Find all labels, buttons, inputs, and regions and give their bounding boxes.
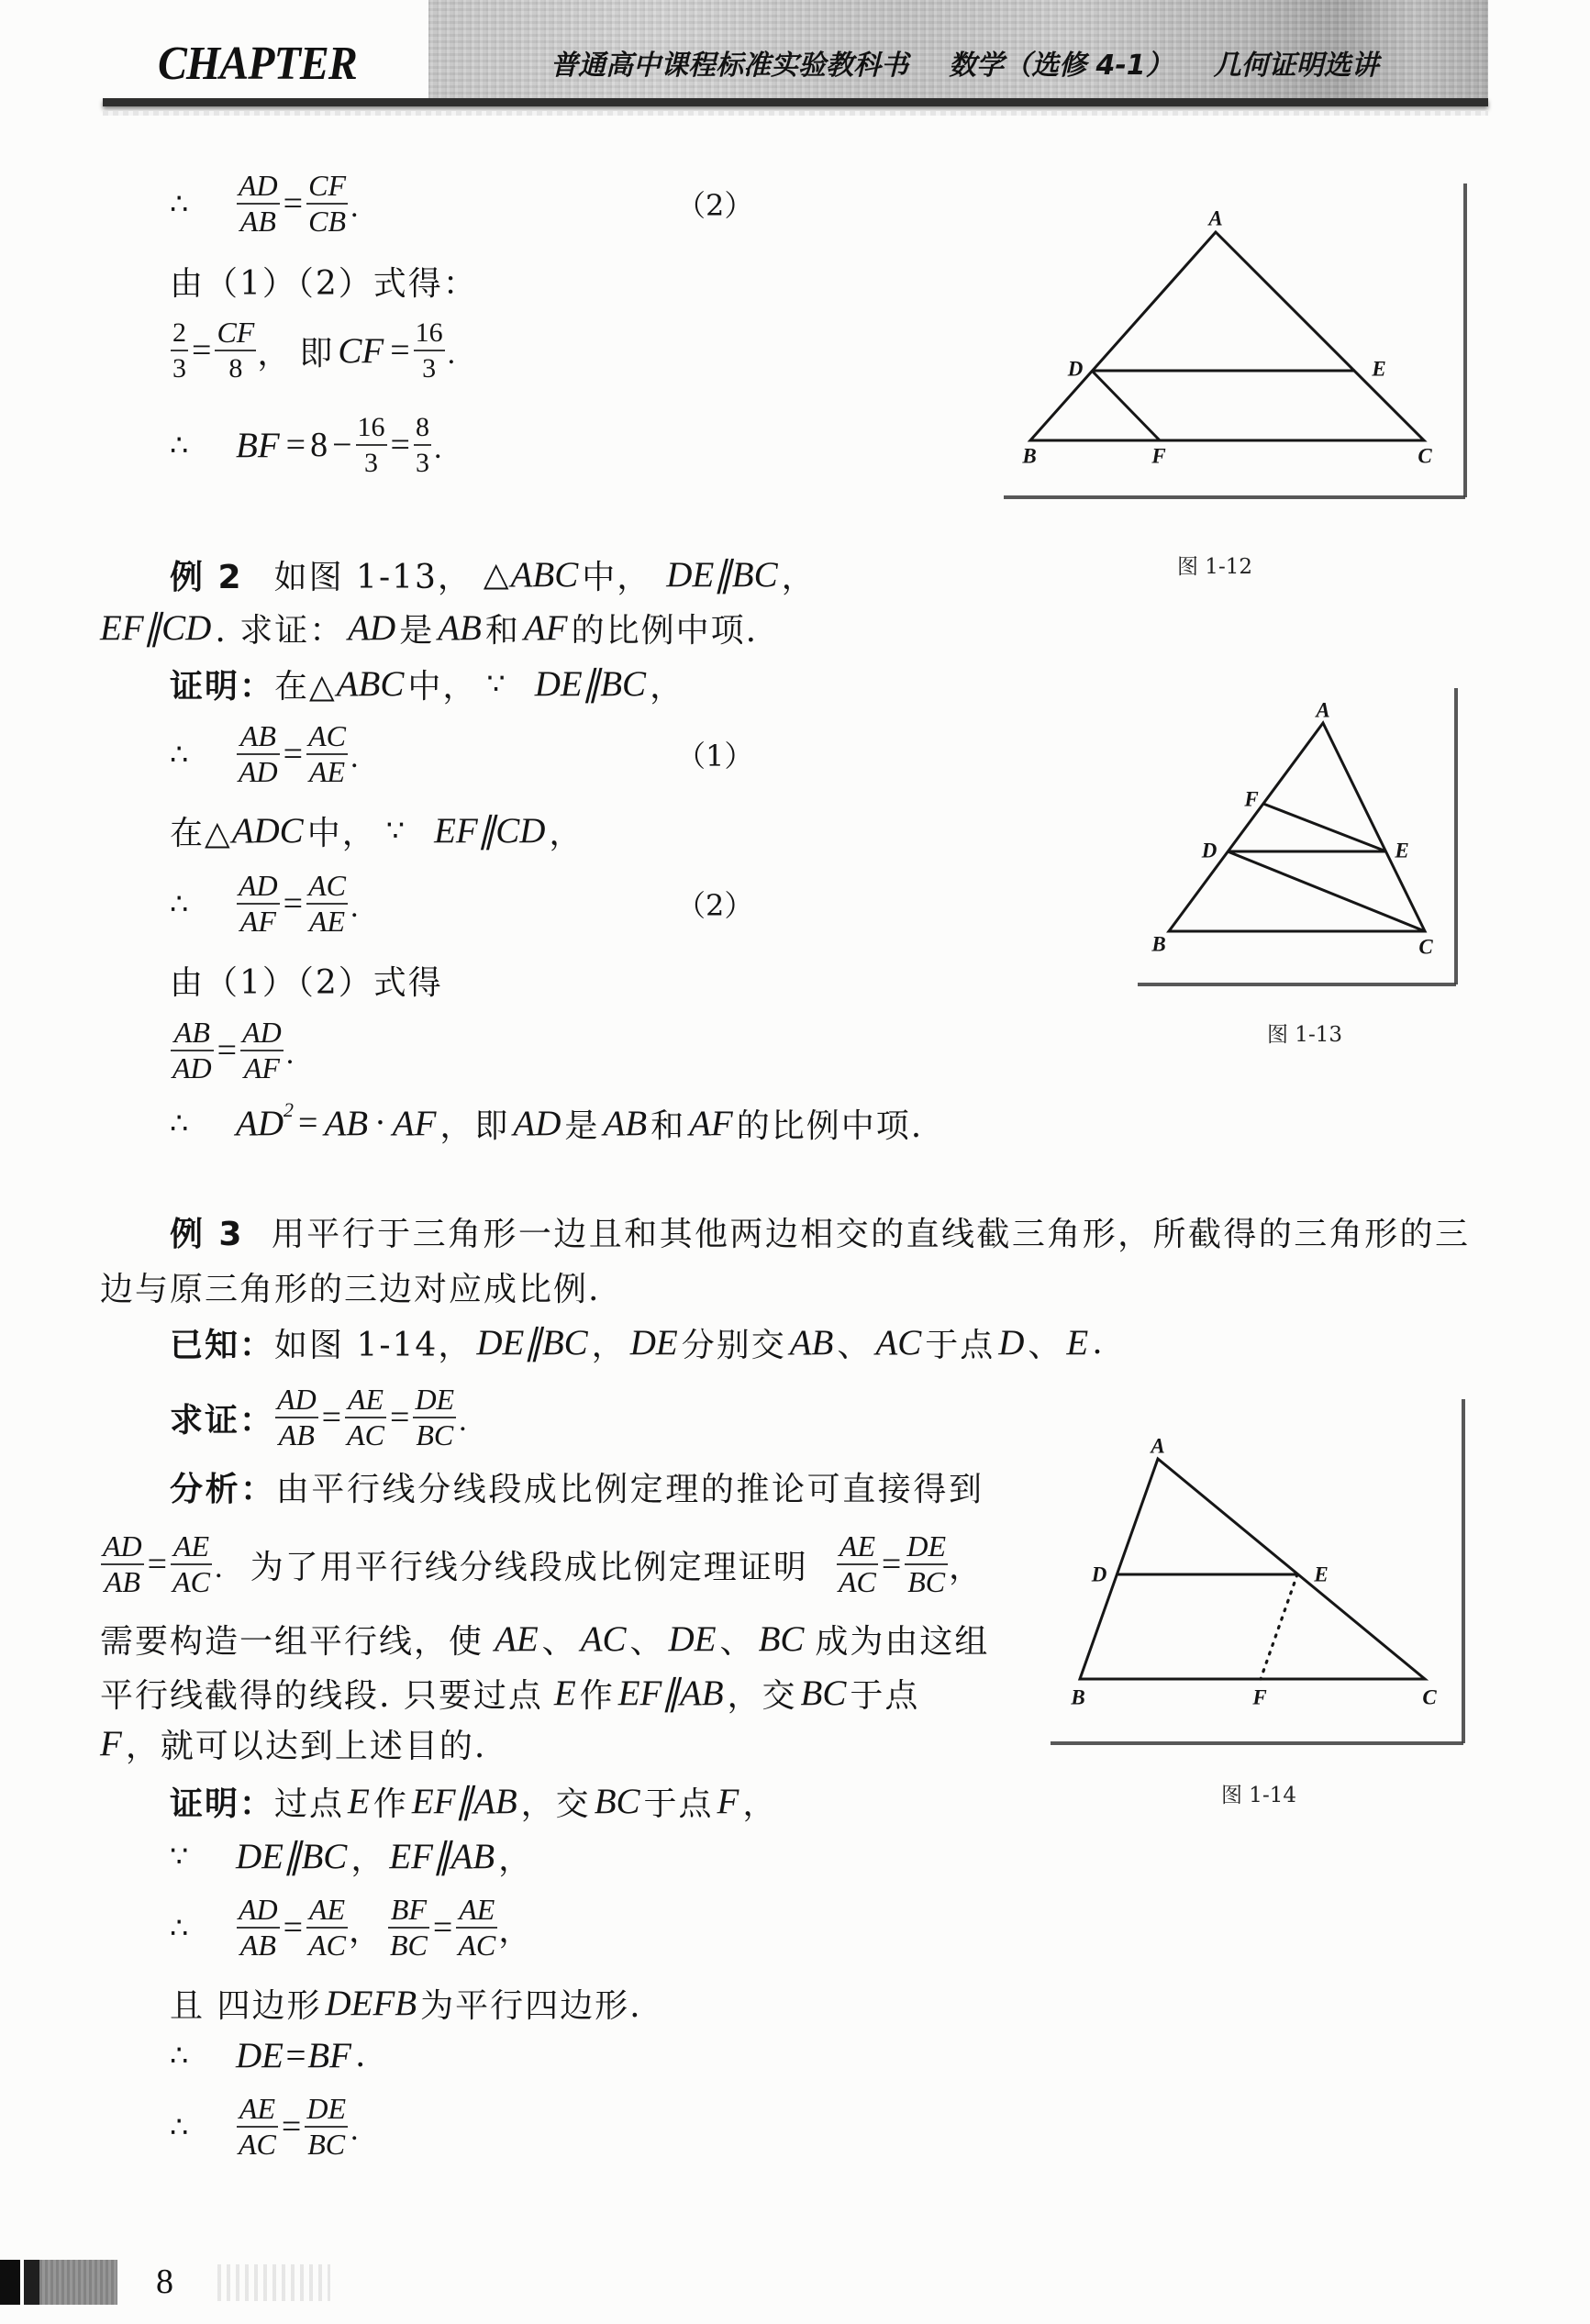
therefore-symbol: ∴ (170, 186, 195, 221)
triangle-abc (1030, 232, 1424, 440)
period: . (355, 2037, 367, 2074)
vertex-label-a: A (1206, 207, 1222, 230)
footer-faint-mark (217, 2264, 330, 2301)
equation-number: （2） (676, 183, 753, 225)
math-var: BF (236, 425, 280, 466)
vertex-label-b: B (1070, 1686, 1084, 1709)
math-var: CF (338, 330, 384, 372)
equals-sign: = (192, 330, 211, 371)
equals-sign: = (284, 1907, 303, 1948)
numerator: 16 (414, 316, 445, 350)
denominator: 3 (414, 446, 431, 480)
fraction: 83 (414, 410, 431, 480)
text: △ (484, 556, 511, 594)
text: ， (782, 551, 817, 598)
numerator: CF (306, 169, 348, 203)
text: ， (650, 661, 684, 707)
text: 的比例中项. (572, 605, 758, 651)
fraction: 23 (171, 316, 188, 385)
analysis-line-2: ADAB = AEAC . 为了用平行线分线段成比例定理证明 AEAC = DE… (100, 1528, 984, 1601)
math-var: DE∥BC (535, 663, 646, 705)
footer-tab-gray (39, 2260, 117, 2305)
text: 、 (720, 1616, 755, 1662)
text: ， (498, 1833, 533, 1880)
denominator: AB (239, 1929, 278, 1963)
text: 分别交 (682, 1319, 786, 1366)
numerator: BF (389, 1893, 428, 1927)
text: 为平行四边形. (420, 1980, 641, 2027)
subject-title: 数学（选修 4-1） (949, 50, 1173, 82)
prove-label: 求证： (170, 1395, 274, 1441)
figure-caption: 图 1-12 (1177, 555, 1252, 579)
period: . (448, 337, 456, 372)
math-var: F (717, 1781, 739, 1822)
text: 边与原三角形的三边对应成比例. (100, 1263, 600, 1310)
fraction: AEAC (837, 1529, 878, 1599)
prove-line: 求证： ADAB = AEAC = DEBC . (170, 1381, 467, 1454)
equals-sign: = (390, 330, 409, 371)
numerator: AE (346, 1383, 385, 1417)
exponent: 2 (284, 1098, 294, 1122)
text: . (1092, 1324, 1104, 1362)
math-var: ABC (511, 554, 579, 595)
equals-sign: = (284, 734, 303, 774)
period: . (215, 1551, 223, 1585)
denominator: BC (388, 1929, 429, 1963)
equation-line: ∴ BF = 8 − 163 = 83 . (170, 408, 441, 482)
fraction: DEBC (413, 1383, 456, 1452)
text: 为了用平行线分线段成比例定理证明 (250, 1541, 808, 1588)
math-var: AB (438, 607, 482, 649)
equation-line: ∴ ADAB = CFCB . （2） (170, 167, 358, 240)
period: . (350, 740, 359, 775)
vertex-label-a: A (1314, 699, 1329, 722)
comma: ， (949, 1541, 984, 1588)
period: . (434, 431, 442, 466)
fraction: 163 (414, 316, 445, 385)
proof-line: ∴ DE=BF . (170, 2018, 367, 2092)
equals-sign: = (286, 425, 306, 465)
math-var: DEFB (325, 1983, 417, 2024)
combine-statement: 由（1）（2）式得： (170, 258, 478, 305)
text: 在△ (274, 661, 337, 707)
figure-caption: 图 1-14 (1221, 1784, 1296, 1807)
equals-sign: = (298, 1103, 317, 1143)
math-var: AF (393, 1103, 437, 1144)
fraction: ADAB (237, 1893, 280, 1963)
analysis-line-1: 分析：由平行线分线段成比例定理的推论可直接得到 (170, 1453, 984, 1527)
denominator: AC (837, 1565, 878, 1599)
minus-sign: − (332, 425, 351, 465)
denominator: AC (345, 1418, 386, 1452)
text: . 求证： (215, 605, 344, 651)
auxiliary-segment-ef (1261, 1574, 1297, 1679)
denominator: AF (239, 905, 278, 939)
text: ， (350, 1833, 385, 1880)
vertex-label-f: F (1151, 445, 1165, 468)
denominator: AF (242, 1051, 282, 1085)
denominator: BC (906, 1565, 947, 1599)
numerator: AD (237, 1893, 280, 1927)
conclusion-line: ∴ AD 2 = AB · AF ，即 AD 是 AB 和 AF 的比例中项. (170, 1086, 923, 1160)
vertex-label-c: C (1418, 445, 1432, 468)
numerator: DE (305, 2092, 348, 2126)
text: 由平行线分线段成比例定理的推论可直接得到 (276, 1471, 984, 1508)
numerator: AD (275, 1383, 318, 1417)
segment-df (1092, 371, 1160, 440)
text: 、 (542, 1616, 577, 1662)
therefore-symbol: ∴ (170, 886, 195, 921)
denominator: BC (414, 1418, 455, 1452)
equation-line: ∴ ADAF = ACAE . （2） (170, 867, 358, 940)
period: . (459, 1404, 467, 1439)
text: ， (549, 807, 584, 854)
denominator: AE (307, 755, 347, 789)
segment-fe (1263, 804, 1386, 851)
math-var: AB (603, 1103, 647, 1144)
text: ，交 (521, 1778, 591, 1825)
math-var: EF∥AB (412, 1781, 517, 1822)
textbook-page: CHAPTER 普通高中课程标准实验教科书数学（选修 4-1）几何证明选讲 ∴ … (0, 0, 1590, 2324)
proof-line: 证明： 在△ ABC 中， ∵ DE∥BC ， (170, 647, 684, 720)
fraction: AEAC (345, 1383, 386, 1452)
example-label: 例 3 (170, 1216, 243, 1253)
text: 需要构造一组平行线，使 (100, 1616, 484, 1662)
chapter-label: CHAPTER (158, 35, 357, 94)
math-var: AF (689, 1103, 733, 1144)
equals-sign: = (217, 1030, 237, 1071)
proof-line: ∵ DE∥BC ， EF∥AB ， (170, 1819, 533, 1893)
text: 中， (407, 661, 477, 707)
fraction: ABAD (171, 1016, 214, 1085)
text: 于点 (644, 1778, 714, 1825)
math-var: DE (630, 1322, 678, 1363)
therefore-symbol: ∴ (170, 1106, 195, 1140)
vertex-label-c: C (1418, 936, 1433, 959)
math-var: BC (801, 1673, 847, 1714)
math-var: E (348, 1781, 370, 1822)
numerator: AD (101, 1529, 144, 1563)
text: 如图 1-14， (274, 1319, 473, 1366)
text: 作 (580, 1670, 615, 1717)
numerator: AC (306, 719, 348, 753)
period: . (350, 2113, 359, 2148)
equals-sign: = (882, 1544, 901, 1585)
math-var: EF∥AB (389, 1836, 495, 1877)
vertex-label-d: D (1091, 1563, 1107, 1586)
math-var: DE (669, 1618, 717, 1660)
vertex-label-a: A (1149, 1435, 1164, 1458)
because-symbol: ∵ (170, 1839, 195, 1874)
text: 是 (564, 1100, 599, 1147)
figure-1-14: A D E B F C 图 1-14 (1051, 1399, 1463, 1807)
numerator: 8 (414, 410, 431, 444)
text: 、 (1028, 1319, 1062, 1366)
fraction: CFCB (306, 169, 348, 239)
numerator: AB (172, 1016, 212, 1050)
numerator: AE (307, 1893, 347, 1927)
math-var: BC (595, 1781, 640, 1822)
equals-sign: = (284, 884, 303, 924)
text: 用平行于三角形一边且和其他两边相交的直线截三角形，所截得的三角形的三 (271, 1216, 1470, 1253)
vertex-label-b: B (1021, 445, 1036, 468)
math-var: AB (790, 1322, 834, 1363)
combine-statement: 由（1）（2）式得 (170, 957, 443, 1004)
math-var: EF∥CD (100, 607, 211, 649)
math-var: DE∥BC (666, 554, 777, 595)
denominator: AD (171, 1051, 214, 1085)
text: 在△ (170, 807, 232, 854)
text: 中， (307, 807, 377, 854)
fraction: ADAB (101, 1529, 144, 1599)
therefore-symbol: ∴ (170, 2038, 195, 2073)
text: 作 (373, 1778, 408, 1825)
denominator: 3 (362, 446, 380, 480)
fraction: ACAE (306, 869, 348, 939)
math-var: ABC (337, 663, 405, 705)
therefore-symbol: ∴ (170, 737, 195, 772)
equals-sign: = (322, 1397, 341, 1438)
equation-line: ABAD = ADAF . (170, 1014, 294, 1087)
figure-frame (1004, 183, 1465, 497)
fraction: AEAC (171, 1529, 212, 1599)
numerator: AE (172, 1529, 211, 1563)
denominator: AC (456, 1929, 497, 1963)
fraction: ADAF (237, 869, 280, 939)
math-var: DE∥BC (476, 1322, 587, 1363)
denominator: AC (171, 1565, 212, 1599)
text: 和 (650, 1100, 685, 1147)
because-symbol: ∵ (386, 813, 405, 848)
vertex-label-d: D (1067, 358, 1084, 381)
vertex-label-f: F (1243, 788, 1258, 811)
fraction: 163 (356, 410, 387, 480)
vertex-label-f: F (1251, 1686, 1266, 1709)
numerator: AC (306, 869, 348, 903)
equation-group: ADAB = AEAC . (100, 1529, 222, 1599)
fraction: ADAF (240, 1016, 284, 1085)
analysis-label: 分析： (170, 1471, 276, 1508)
denominator: AE (307, 905, 347, 939)
header-rule-shadow (103, 111, 1488, 116)
footer-tab-dark (24, 2260, 39, 2305)
numerator: AB (239, 719, 278, 753)
fraction: BFBC (388, 1893, 429, 1963)
footer-tab-black (0, 2260, 20, 2305)
math-expression: DE=BF (236, 2035, 351, 2076)
triangle-abc (1169, 723, 1425, 931)
fraction: DEBC (905, 1529, 948, 1599)
vertex-label-e: E (1394, 840, 1408, 862)
because-symbol: ∵ (486, 666, 505, 701)
numerator: AD (240, 1016, 284, 1050)
denominator: AC (306, 1929, 348, 1963)
fraction: AEAC (306, 1893, 348, 1963)
book-title: 普通高中课程标准实验教科书数学（选修 4-1）几何证明选讲 (550, 46, 1379, 86)
math-var: AD (348, 607, 395, 649)
figure-frame (1051, 1399, 1463, 1743)
figure-caption: 图 1-13 (1267, 1023, 1342, 1047)
text: 于点 (925, 1319, 995, 1366)
proof-line: 在△ ADC 中， ∵ EF∥CD ， (170, 794, 584, 867)
text: 是 (399, 605, 434, 651)
text: 的比例中项. (737, 1100, 923, 1147)
numerator: DE (413, 1383, 456, 1417)
math-var: ADC (232, 810, 304, 851)
numerator: AD (237, 869, 280, 903)
figure-1-13: A F D E B C 图 1-13 (1138, 688, 1456, 1047)
math-var: AD (513, 1103, 561, 1144)
text: 、 (837, 1319, 872, 1366)
fraction: AEAC (456, 1893, 497, 1963)
fraction: CF8 (215, 316, 256, 385)
math-var: AB (324, 1103, 368, 1144)
comma: ， (349, 1905, 384, 1951)
math-var: AD (236, 1103, 284, 1144)
proof-label: 证明： (170, 1778, 274, 1825)
text: ，交 (728, 1670, 797, 1717)
math-var: AF (524, 607, 568, 649)
denominator: AB (103, 1565, 142, 1599)
equals-sign: = (390, 1397, 409, 1438)
vertex-label-c: C (1422, 1686, 1437, 1709)
comma: ， (498, 1905, 533, 1951)
math-var: AC (875, 1322, 921, 1363)
equals-sign: = (391, 425, 410, 465)
fraction: ABAD (237, 719, 280, 789)
equals-sign: = (148, 1544, 167, 1585)
denominator: AC (237, 2128, 278, 2162)
vertex-label-e: E (1371, 358, 1385, 381)
math-var: E (1066, 1322, 1088, 1363)
text: ， (742, 1778, 777, 1825)
numerator: AE (238, 2092, 277, 2126)
fraction: ADAB (275, 1383, 318, 1452)
text: ， (592, 1319, 627, 1366)
math-var: EF∥AB (618, 1673, 724, 1714)
math-var: D (998, 1322, 1024, 1363)
fraction: ACAE (306, 719, 348, 789)
math-var: DE∥BC (236, 1836, 347, 1877)
period: . (350, 890, 359, 925)
equation-line: ∴ ABAD = ACAE . （1） (170, 717, 358, 791)
numerator: CF (215, 316, 256, 350)
number: 8 (310, 425, 328, 465)
period: . (350, 190, 359, 225)
numerator: AE (457, 1893, 496, 1927)
triangle-abc (1080, 1459, 1425, 1679)
math-var: AC (581, 1618, 627, 1660)
denominator: AB (239, 205, 278, 239)
numerator: AD (237, 169, 280, 203)
volume-title: 几何证明选讲 (1214, 50, 1379, 82)
text: 和 (485, 605, 520, 651)
text: ，就可以达到上述目的. (126, 1720, 486, 1767)
text-line: 由（1）（2）式得： (170, 244, 478, 317)
numerator: AE (838, 1529, 877, 1563)
equation-group: AEAC = DEBC ， (836, 1529, 984, 1599)
therefore-symbol: ∴ (170, 2109, 195, 2144)
fraction: ADAB (237, 169, 280, 239)
fraction: AEAC (237, 2092, 278, 2162)
text: ，即 (439, 1100, 509, 1147)
text: 过点 (274, 1778, 344, 1825)
header-rule (103, 98, 1488, 106)
equals-sign: = (433, 1907, 452, 1948)
denominator: CB (306, 205, 348, 239)
math-var: EF∥CD (434, 810, 545, 851)
series-title: 普通高中课程标准实验教科书 (550, 50, 908, 82)
proof-label: 证明： (170, 661, 274, 707)
vertex-label-e: E (1313, 1563, 1328, 1586)
denominator: AB (277, 1418, 317, 1452)
text: 成为由这组 (815, 1616, 989, 1662)
math-var: E (554, 1673, 576, 1714)
segment-dc (1228, 851, 1425, 931)
given-label: 已知： (170, 1319, 274, 1366)
given-line: 已知： 如图 1-14， DE∥BC ， DE 分别交 AB 、 AC 于点 D… (170, 1306, 1105, 1379)
text: 、 (630, 1616, 665, 1662)
therefore-symbol: ∴ (170, 1910, 195, 1945)
math-var: F (100, 1723, 122, 1764)
text-line: 由（1）（2）式得 (170, 943, 443, 1017)
equation-line: ∴ AEAC = DEBC . (170, 2090, 358, 2163)
denominator: AD (237, 755, 280, 789)
numerator: 2 (171, 316, 188, 350)
comma: ， (257, 328, 292, 374)
period: . (286, 1037, 295, 1072)
denominator: BC (306, 2128, 347, 2162)
figure-frame (1138, 688, 1456, 984)
denominator: 3 (420, 351, 438, 385)
dot-operator: · (374, 1103, 386, 1143)
text: 即 (299, 328, 334, 374)
denominator: 8 (227, 351, 244, 385)
numerator: 16 (356, 410, 387, 444)
vertex-label-d: D (1201, 840, 1218, 862)
figure-1-12: A D E B F C 图 1-12 (1004, 183, 1465, 579)
numerator: DE (905, 1529, 948, 1563)
page-number: 8 (156, 2262, 173, 2302)
math-var: AE (495, 1618, 539, 1660)
equation-line: 23 = CF8 ， 即 CF = 163 . (170, 314, 455, 387)
equation-line: ∴ ADAB = AEAC ， BFBC = AEAC ， (170, 1891, 533, 1964)
therefore-symbol: ∴ (170, 428, 195, 462)
equals-sign: = (284, 183, 303, 224)
text: 于点 (850, 1670, 919, 1717)
math-var: BC (759, 1618, 805, 1660)
equals-sign: = (282, 2107, 301, 2147)
vertex-label-b: B (1151, 933, 1165, 956)
denominator: 3 (171, 351, 188, 385)
fraction: DEBC (305, 2092, 348, 2162)
equation-number: （1） (676, 733, 753, 775)
equation-number: （2） (676, 883, 753, 925)
